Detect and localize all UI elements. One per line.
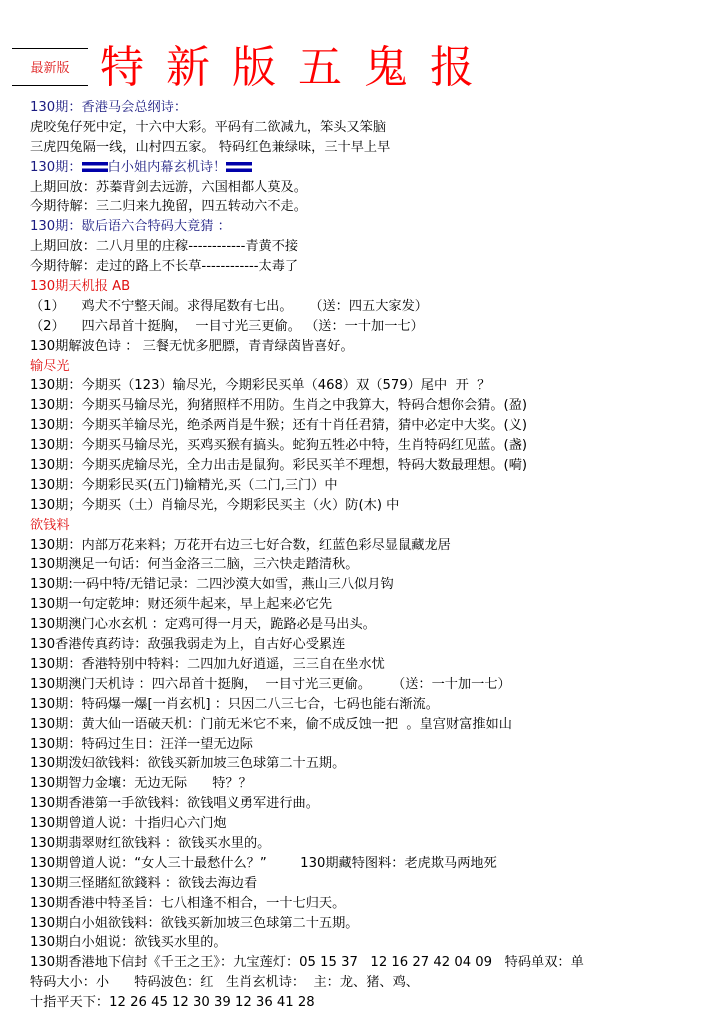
double-bar-icon	[226, 162, 252, 172]
text-line: 130期泼妇欲钱料：欲钱买新加坡三色球第二十五期。	[30, 754, 705, 774]
section-title: 130期：香港马会总纲诗：	[30, 98, 705, 118]
text-line: 130期：今期买（123）输尽光，今期彩民买单（468）双（579）尾中 开 ？	[30, 376, 705, 396]
section-title: 输尽光	[30, 357, 705, 377]
latest-edition-badge: 最新版	[12, 48, 88, 86]
section-title: 130期天机报 AB	[30, 277, 705, 297]
text-line: 上期回放：苏蓁背剑去远游，六国相都人莫及。	[30, 178, 705, 198]
text-line: （2） 四六昂首十挺胸， 一目寸光三更偷。 （送：一十加一七）	[30, 317, 705, 337]
text-line: 130期白小姐说：欲钱买水里的。	[30, 933, 705, 953]
text-line: 十指平天下：12 26 45 12 30 39 12 36 41 28	[30, 993, 705, 1013]
section-title: 欲钱料	[30, 516, 705, 536]
text-line: 130期香港中特圣旨：七八相逢不相合，一十七归天。	[30, 894, 705, 914]
text-line: 130期：今期买虎输尽光，全力出击是鼠狗。彩民买羊不理想，特码大数最理想。(嗬)	[30, 456, 705, 476]
text-line: 今期待解：三二归来九挽留，四五转动六不走。	[30, 197, 705, 217]
text-line: 130期：今期彩民买(五门)输精光,买（二门,三门）中	[30, 476, 705, 496]
issue-prefix: 130期：	[30, 160, 82, 175]
document-body: 130期：香港马会总纲诗： 虎咬兔仔死中定，十六中大彩。平码有二欲减九，笨头又笨…	[30, 98, 705, 1013]
text-line: 130期：内部万花来料；万花开右边三七好合数，红蓝色彩尽显鼠藏龙居	[30, 536, 705, 556]
section-title: 130期：白小姐内幕玄机诗！	[30, 158, 705, 178]
text-line: 130期：特码爆一爆[一肖玄机] ：只因二八三七合，七码也能右渐流。	[30, 695, 705, 715]
text-line: 上期回放：二八月里的庄稼------------青黄不接	[30, 237, 705, 257]
text-line: 特码大小：小 特码波色：红 生肖玄机诗： 主：龙、猪、鸡、	[30, 973, 705, 993]
page-title: 特新版五鬼报	[100, 40, 496, 95]
text-line: 130期智力金壤：无边无际 特？？	[30, 774, 705, 794]
text-line: 130期香港第一手欲钱料：欲钱唱义勇军进行曲。	[30, 794, 705, 814]
text-line: 130期曾道人说：十指归心六门炮	[30, 814, 705, 834]
double-bar-icon	[82, 162, 108, 172]
text-line: （1） 鸡犬不宁整天闹。求得尾数有七出。 （送：四五大家发）	[30, 297, 705, 317]
text-line: 130期一句定乾坤：财还须牛起来，早上起来必它先	[30, 595, 705, 615]
text-line: 130期；今期买（土）肖输尽光，今期彩民买主（火）防(木) 中	[30, 496, 705, 516]
text-line: 130期澳门天机诗 ：四六昂首十挺胸， 一目寸光三更偷。 （送：一十加一七）	[30, 675, 705, 695]
section-title-text: 白小姐内幕玄机诗！	[108, 160, 227, 175]
text-line: 130期三怪賭紅欲錢料 ：欲钱去海边看	[30, 874, 705, 894]
text-line: 130期澳门心水玄机 ：定鸡可得一月天，跪路必是马出头。	[30, 615, 705, 635]
text-line: 130期：黄大仙一语破天机：门前无米它不来，偷不成反蚀一把 。皇宫财富推如山	[30, 715, 705, 735]
text-line: 130期：特码过生日：汪洋一望无边际	[30, 735, 705, 755]
text-line: 130期翡翠财红欲钱料 ：欲钱买水里的。	[30, 834, 705, 854]
text-line: 130期香港地下信封《千王之王》：九宝莲灯：05 15 37 12 16 27 …	[30, 953, 705, 973]
text-line: 今期待解：走过的路上不长草------------太毒了	[30, 257, 705, 277]
text-line: 130期：今期买马输尽光，狗猪照样不用防。生肖之中我算大，特码合想你会猜。(盈)	[30, 396, 705, 416]
page-header: 最新版 特新版五鬼报	[0, 40, 709, 95]
text-line: 130期白小姐欲钱料：欲钱买新加坡三色球第二十五期。	[30, 914, 705, 934]
text-line: 130期解波色诗 ： 三餐无忧多肥膘，青青绿茵皆喜好。	[30, 337, 705, 357]
section-title: 130期：歇后语六合特码大竟猜 ：	[30, 217, 705, 237]
text-line: 虎咬兔仔死中定，十六中大彩。平码有二欲减九，笨头又笨脑	[30, 118, 705, 138]
text-line: 三虎四兔隔一线，山村四五家。 特码红色兼绿味，三十早上早	[30, 138, 705, 158]
text-line: 130期：香港特别中特料：二四加九好逍遥，三三自在坐水忧	[30, 655, 705, 675]
text-line: 130期：今期买马输尽光，买鸡买猴有搞头。蛇狗五牲必中特，生肖特码红见蓝。(盏)	[30, 436, 705, 456]
text-line: 130期：今期买羊输尽光，绝杀两肖是牛猴；还有十肖任君猜，猜中必定中大奖。(义)	[30, 416, 705, 436]
text-line: 130期澳足一句话：何当金洛三二脑，三六快走踏清秋。	[30, 555, 705, 575]
text-line: 130香港传真药诗：敌强我弱走为上，自古好心受累连	[30, 635, 705, 655]
text-line: 130期:一码中特/无错记录：二四沙漠大如雪，燕山三八似月钩	[30, 575, 705, 595]
text-line: 130期曾道人说：“女人三十最愁什么？” 130期藏特图料：老虎欺马两地死	[30, 854, 705, 874]
badge-label: 最新版	[30, 57, 69, 76]
